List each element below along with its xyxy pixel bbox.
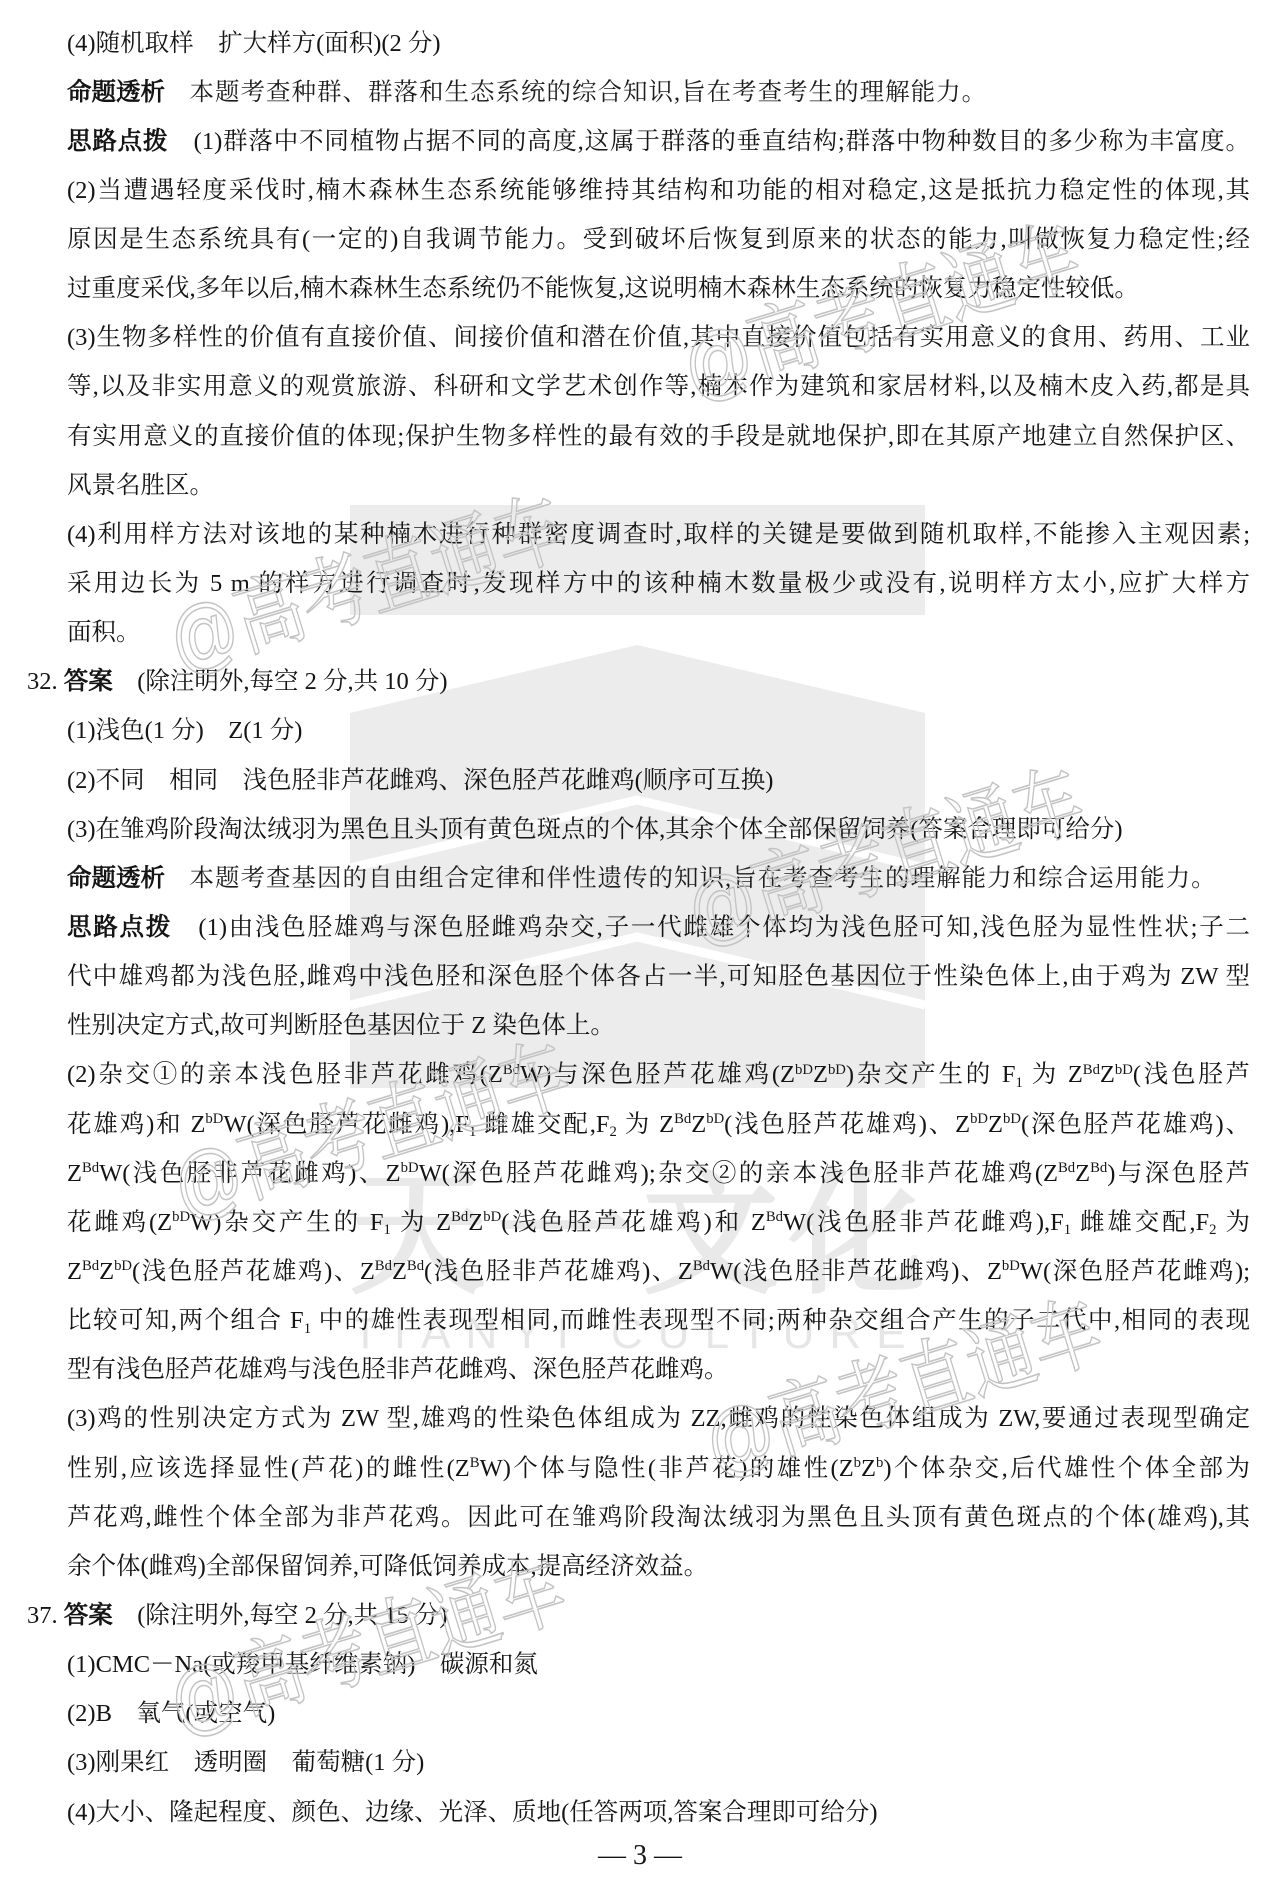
- bold-label: 答案: [64, 1602, 113, 1629]
- superscript: bD: [483, 1209, 501, 1225]
- bold-label: 思路点拨: [67, 914, 172, 941]
- text-run: (浅色胫非芦花雄鸡)、Z: [424, 1258, 693, 1285]
- text-run: [165, 865, 190, 892]
- text-run: 为 Z: [391, 1209, 451, 1236]
- text-run: (1)浅色(1 分) Z(1 分): [67, 717, 302, 744]
- text-line: (2)杂交①的亲本浅色胫非芦花雌鸡(ZBdW)与深色胫芦花雄鸡(ZbDZbD)杂…: [67, 1050, 1250, 1099]
- text-run: (浅色胫芦花雄鸡)、Z: [724, 1111, 970, 1138]
- text-line: 花雄鸡)和 ZbDW(深色胫芦花雌鸡),F1 雌雄交配,F2 为 ZBdZbD(…: [67, 1100, 1250, 1149]
- text-run: Z: [813, 1061, 828, 1088]
- text-line: 原因是生态系统具有(一定的)自我调节能力。受到破坏后恢复到原来的状态的能力,叫做…: [67, 215, 1250, 264]
- text-run: (浅色胫芦花雄鸡)和 Z: [501, 1209, 766, 1236]
- text-run: )杂交产生的 F: [846, 1061, 1016, 1088]
- superscript: Bd: [1090, 1160, 1107, 1176]
- text-line: (1)浅色(1 分) Z(1 分): [67, 706, 1250, 755]
- superscript: bD: [1115, 1062, 1133, 1078]
- text-run: Z: [861, 1455, 876, 1482]
- superscript: bD: [1002, 1258, 1020, 1274]
- bold-label: 命题透析: [67, 79, 165, 106]
- superscript: Bd: [82, 1258, 99, 1274]
- text-run: 性别,应该选择显性(芦花)的雌性(Z: [67, 1455, 470, 1482]
- subscript: 1: [1016, 1075, 1023, 1091]
- text-line: 面积。: [67, 608, 1250, 657]
- text-run: Z: [691, 1111, 706, 1138]
- text-run: W)杂交产生的 F: [190, 1209, 383, 1236]
- text-run: Z: [67, 1258, 82, 1285]
- text-line: 思路点拨 (1)由浅色胫雄鸡与深色胫雌鸡杂交,子一代雌雄个体均为浅色胫可知,浅色…: [67, 903, 1250, 952]
- text-line: 有实用意义的直接价值的体现;保护生物多样性的最有效的手段是就地保护,即在其原产地…: [67, 412, 1250, 461]
- superscript: Bd: [407, 1258, 424, 1274]
- subscript: 2: [609, 1124, 616, 1140]
- text-run: W(深色胫芦花雌鸡);: [1020, 1258, 1250, 1285]
- text-line: 过重度采伐,多年以后,楠木森林生态系统仍不能恢复,这说明楠木森林生态系统的恢复力…: [67, 264, 1250, 313]
- text-run: 32.: [27, 668, 64, 695]
- superscript: bD: [172, 1209, 190, 1225]
- text-run: 型有浅色胫芦花雄鸡与浅色胫非芦花雌鸡、深色胫芦花雌鸡。: [67, 1356, 729, 1383]
- text-run: 花雄鸡)和 Z: [67, 1111, 205, 1138]
- superscript: bD: [970, 1111, 988, 1127]
- text-line: (4)利用样方法对该地的某种楠木进行种群密度调查时,取样的关键是要做到随机取样,…: [67, 510, 1250, 559]
- superscript: B: [470, 1455, 480, 1471]
- text-run: 芦花鸡,雌性个体全部为非芦花鸡。因此可在雏鸡阶段淘汰绒羽为黑色且头顶有黄色斑点的…: [67, 1504, 1250, 1531]
- text-line: 型有浅色胫芦花雄鸡与浅色胫非芦花雌鸡、深色胫芦花雌鸡。: [67, 1345, 1250, 1394]
- text-run: (1)群落中不同植物占据不同的高度,这属于群落的垂直结构;群落中物种数目的多少称…: [168, 128, 1250, 155]
- text-run: (3)生物多样性的价值有直接价值、间接价值和潜在价值,其中直接价值包括有实用意义…: [67, 324, 1250, 351]
- superscript: b: [854, 1455, 861, 1471]
- superscript: Bd: [82, 1160, 99, 1176]
- text-run: 性别决定方式,故可判断胫色基因位于 Z 染色体上。: [67, 1012, 615, 1039]
- superscript: bD: [114, 1258, 132, 1274]
- text-run: (2)B 氧气(或空气): [67, 1700, 275, 1727]
- text-run: 有实用意义的直接价值的体现;保护生物多样性的最有效的手段是就地保护,即在其原产地…: [67, 423, 1250, 450]
- text-run: 为 Z: [1023, 1061, 1083, 1088]
- text-line: 风景名胜区。: [67, 461, 1250, 510]
- text-run: (浅色胫芦: [1133, 1061, 1250, 1088]
- superscript: Bd: [375, 1258, 392, 1274]
- text-run: 37.: [27, 1602, 64, 1629]
- text-run: 为 Z: [617, 1111, 674, 1138]
- text-line: 代中雄鸡都为浅色胫,雌鸡中浅色胫和深色胫个体各占一半,可知胫色基因位于性染色体上…: [67, 952, 1250, 1001]
- superscript: Bd: [451, 1209, 468, 1225]
- subscript: 1: [304, 1321, 311, 1337]
- text-run: (3)鸡的性别决定方式为 ZW 型,雄鸡的性染色体组成为 ZZ,雌鸡的性染色体组…: [67, 1405, 1250, 1432]
- text-run: (4)利用样方法对该地的某种楠木进行种群密度调查时,取样的关键是要做到随机取样,…: [67, 521, 1250, 548]
- text-line: (1)CMC－Na(或羧甲基纤维素钠) 碳源和氮: [67, 1640, 1250, 1689]
- text-run: (深色胫芦花雄鸡)、: [1021, 1111, 1250, 1138]
- superscript: Bd: [1083, 1062, 1100, 1078]
- bold-label: 答案: [64, 668, 113, 695]
- bold-label: 命题透析: [67, 865, 165, 892]
- question-header-line: 37. 答案 (除注明外,每空 2 分,共 15 分): [27, 1591, 1250, 1640]
- text-run: 雌雄交配,F: [476, 1111, 609, 1138]
- text-run: (1)CMC－Na(或羧甲基纤维素钠) 碳源和氮: [67, 1651, 538, 1678]
- text-run: (除注明外,每空 2 分,共 15 分): [113, 1602, 448, 1629]
- text-line: 余个体(雌鸡)全部保留饲养,可降低饲养成本,提高经济效益。: [67, 1542, 1250, 1591]
- superscript: Bd: [1058, 1160, 1075, 1176]
- text-run: (3)刚果红 透明圈 葡萄糖(1 分): [67, 1749, 424, 1776]
- section-question-32: 32. 答案 (除注明外,每空 2 分,共 10 分)(1)浅色(1 分) Z(…: [67, 657, 1250, 1591]
- text-line: 命题透析 本题考查基因的自由组合定律和伴性遗传的知识,旨在考查考生的理解能力和综…: [67, 854, 1250, 903]
- analysis-text: 本题考查基因的自由组合定律和伴性遗传的知识,旨在考查考生的理解能力和综合运用能力…: [190, 865, 1217, 892]
- text-run: (2)杂交①的亲本浅色胫非芦花雌鸡(Z: [67, 1061, 503, 1088]
- text-run: (4)随机取样 扩大样方(面积)(2 分): [67, 30, 441, 57]
- text-line: (4)随机取样 扩大样方(面积)(2 分): [67, 19, 1250, 68]
- text-line: (3)刚果红 透明圈 葡萄糖(1 分): [67, 1738, 1250, 1787]
- text-run: 雌雄交配,F: [1071, 1209, 1209, 1236]
- text-line: (2)B 氧气(或空气): [67, 1689, 1250, 1738]
- text-line: ZBdW(浅色胫非芦花雌鸡)、ZbDW(深色胫芦花雌鸡);杂交②的亲本浅色胫非芦…: [67, 1149, 1250, 1198]
- text-run: Z: [988, 1111, 1003, 1138]
- text-run: (2)不同 相同 浅色胫非芦花雌鸡、深色胫芦花雌鸡(顺序可互换): [67, 767, 773, 794]
- text-run: W(深色胫芦花雌鸡),F: [223, 1111, 469, 1138]
- text-run: 中的雄性表现型相同,而雌性表现型不同;两种杂交组合产生的子二代中,相同的表现: [311, 1307, 1250, 1334]
- section-question-37: 37. 答案 (除注明外,每空 2 分,共 15 分)(1)CMC－Na(或羧甲…: [67, 1591, 1250, 1837]
- text-run: 原因是生态系统具有(一定的)自我调节能力。受到破坏后恢复到原来的状态的能力,叫做…: [67, 226, 1250, 253]
- superscript: b: [876, 1455, 883, 1471]
- text-line: 花雌鸡(ZbDW)杂交产生的 F1 为 ZBdZbD(浅色胫芦花雄鸡)和 ZBd…: [67, 1198, 1250, 1247]
- text-line: 比较可知,两个组合 F1 中的雄性表现型相同,而雌性表现型不同;两种杂交组合产生…: [67, 1296, 1250, 1345]
- section-q31-part4-continuation: (4)随机取样 扩大样方(面积)(2 分)命题透析 本题考查种群、群落和生态系统…: [67, 19, 1250, 658]
- superscript: Bd: [503, 1062, 520, 1078]
- text-run: (4)大小、隆起程度、颜色、边缘、光泽、质地(任答两项,答案合理即可给分): [67, 1799, 878, 1826]
- text-run: Z: [1100, 1061, 1115, 1088]
- subscript: 1: [1064, 1222, 1071, 1238]
- text-run: 为: [1217, 1209, 1250, 1236]
- superscript: Bd: [693, 1258, 710, 1274]
- text-run: 余个体(雌鸡)全部保留饲养,可降低饲养成本,提高经济效益。: [67, 1553, 708, 1580]
- text-run: 代中雄鸡都为浅色胫,雌鸡中浅色胫和深色胫个体各占一半,可知胫色基因位于性染色体上…: [67, 963, 1250, 990]
- text-run: (3)在雏鸡阶段淘汰绒羽为黑色且头顶有黄色斑点的个体,其余个体全部保留饲养(答案…: [67, 816, 1123, 843]
- text-run: W(深色胫芦花雌鸡);杂交②的亲本浅色胫非芦花雄鸡(Z: [419, 1160, 1058, 1187]
- text-run: W(浅色胫非芦花雌鸡)、Z: [710, 1258, 1002, 1285]
- text-run: 比较可知,两个组合 F: [67, 1307, 304, 1334]
- document-page: 天一文化 TIANYI CULTURE (4)随机取样 扩大样方(面积)(2 分…: [0, 0, 1280, 1895]
- superscript: bD: [205, 1111, 223, 1127]
- superscript: bD: [795, 1062, 813, 1078]
- text-run: 等,以及非实用意义的观赏旅游、科研和文学艺术创作等,楠木作为建筑和家居材料,以及…: [67, 373, 1250, 400]
- answer-content: (4)随机取样 扩大样方(面积)(2 分)命题透析 本题考查种群、群落和生态系统…: [67, 19, 1250, 1837]
- subscript: 1: [469, 1124, 476, 1140]
- text-run: Z: [468, 1209, 483, 1236]
- text-run: 风景名胜区。: [67, 472, 214, 499]
- text-run: 花雌鸡(Z: [67, 1209, 172, 1236]
- superscript: bD: [1003, 1111, 1021, 1127]
- text-run: W)个体与隐性(非芦花)的雄性(Z: [480, 1455, 854, 1482]
- text-run: Z: [99, 1258, 114, 1285]
- superscript: bD: [706, 1111, 724, 1127]
- text-run: (2)当遭遇轻度采伐时,楠木森林生态系统能够维持其结构和功能的相对稳定,这是抵抗…: [67, 177, 1250, 204]
- subscript: 1: [384, 1222, 391, 1238]
- subscript: 2: [1209, 1222, 1216, 1238]
- superscript: bD: [828, 1062, 846, 1078]
- text-run: 面积。: [67, 619, 141, 646]
- superscript: Bd: [766, 1209, 783, 1225]
- bold-label: 思路点拨: [67, 128, 168, 155]
- text-line: 等,以及非实用意义的观赏旅游、科研和文学艺术创作等,楠木作为建筑和家居材料,以及…: [67, 362, 1250, 411]
- text-line: 采用边长为 5 m 的样方进行调查时,发现样方中的该种楠木数量极少或没有,说明样…: [67, 559, 1250, 608]
- superscript: Bd: [674, 1111, 691, 1127]
- page-number: — 3 —: [0, 1838, 1280, 1874]
- text-line: (2)当遭遇轻度采伐时,楠木森林生态系统能够维持其结构和功能的相对稳定,这是抵抗…: [67, 166, 1250, 215]
- text-line: 性别决定方式,故可判断胫色基因位于 Z 染色体上。: [67, 1001, 1250, 1050]
- text-run: Z: [1075, 1160, 1090, 1187]
- text-line: 命题透析 本题考查种群、群落和生态系统的综合知识,旨在考查考生的理解能力。: [67, 68, 1250, 117]
- text-line: (2)不同 相同 浅色胫非芦花雌鸡、深色胫芦花雌鸡(顺序可互换): [67, 756, 1250, 805]
- text-line: 思路点拨 (1)群落中不同植物占据不同的高度,这属于群落的垂直结构;群落中物种数…: [67, 117, 1250, 166]
- text-run: )与深色胫芦: [1107, 1160, 1250, 1187]
- text-run: (除注明外,每空 2 分,共 10 分): [113, 668, 448, 695]
- text-run: [165, 79, 190, 106]
- text-line: 芦花鸡,雌性个体全部为非芦花鸡。因此可在雏鸡阶段淘汰绒羽为黑色且头顶有黄色斑点的…: [67, 1493, 1250, 1542]
- text-run: Z: [67, 1160, 82, 1187]
- analysis-text: 本题考查种群、群落和生态系统的综合知识,旨在考查考生的理解能力。: [190, 79, 988, 106]
- text-line: 性别,应该选择显性(芦花)的雌性(ZBW)个体与隐性(非芦花)的雄性(ZbZb)…: [67, 1444, 1250, 1493]
- text-line: (4)大小、隆起程度、颜色、边缘、光泽、质地(任答两项,答案合理即可给分): [67, 1788, 1250, 1837]
- text-line: ZBdZbD(浅色胫芦花雄鸡)、ZBdZBd(浅色胫非芦花雄鸡)、ZBdW(浅色…: [67, 1247, 1250, 1296]
- text-run: (浅色胫芦花雄鸡)、Z: [132, 1258, 375, 1285]
- question-header-line: 32. 答案 (除注明外,每空 2 分,共 10 分): [27, 657, 1250, 706]
- text-line: (3)生物多样性的价值有直接价值、间接价值和潜在价值,其中直接价值包括有实用意义…: [67, 313, 1250, 362]
- text-run: 过重度采伐,多年以后,楠木森林生态系统仍不能恢复,这说明楠木森林生态系统的恢复力…: [67, 275, 1139, 302]
- superscript: bD: [401, 1160, 419, 1176]
- text-run: W)与深色胫芦花雄鸡(Z: [520, 1061, 795, 1088]
- text-run: (1)由浅色胫雄鸡与深色胫雌鸡杂交,子一代雌雄个体均为浅色胫可知,浅色胫为显性性…: [172, 914, 1250, 941]
- text-run: 采用边长为 5 m 的样方进行调查时,发现样方中的该种楠木数量极少或没有,说明样…: [67, 570, 1250, 597]
- text-run: W(浅色胫非芦花雌鸡)、Z: [99, 1160, 401, 1187]
- text-run: )个体杂交,后代雄性个体全部为: [883, 1455, 1250, 1482]
- text-run: Z: [392, 1258, 407, 1285]
- text-run: W(浅色胫非芦花雌鸡),F: [783, 1209, 1064, 1236]
- text-line: (3)在雏鸡阶段淘汰绒羽为黑色且头顶有黄色斑点的个体,其余个体全部保留饲养(答案…: [67, 805, 1250, 854]
- text-line: (3)鸡的性别决定方式为 ZW 型,雄鸡的性染色体组成为 ZZ,雌鸡的性染色体组…: [67, 1394, 1250, 1443]
